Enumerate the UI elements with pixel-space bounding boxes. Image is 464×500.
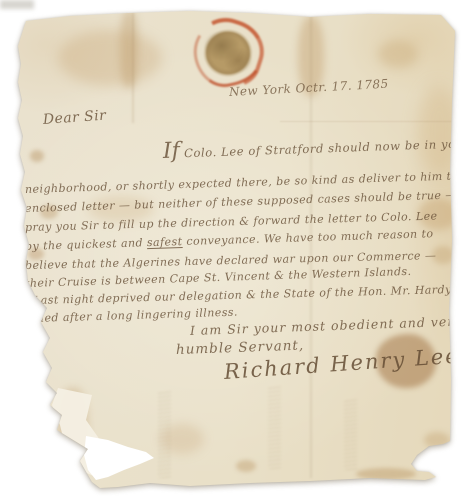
underlined-word: safest bbox=[147, 235, 183, 249]
stain-blob bbox=[378, 40, 418, 68]
stain-blob bbox=[418, 85, 460, 175]
letter-body-text: Colo. Lee of Stratford should now be in … bbox=[180, 136, 464, 160]
letter-body-text: conveyance. We have too much reason to bbox=[182, 227, 433, 248]
letter-body-line: If Colo. Lee of Stratford should now be … bbox=[163, 136, 464, 161]
wax-seal-remnant-icon bbox=[196, 22, 260, 84]
letter-paper: New York Octr. 17. 1785 Dear Sir If Colo… bbox=[0, 0, 464, 500]
stain-spot bbox=[30, 150, 44, 162]
paper-shadow-wrap: New York Octr. 17. 1785 Dear Sir If Colo… bbox=[0, 0, 464, 500]
letter-salutation: Dear Sir bbox=[42, 108, 106, 128]
opening-initial: If bbox=[162, 138, 180, 164]
stain-spot bbox=[236, 460, 256, 472]
stain-streak bbox=[356, 468, 416, 480]
ink-show-through bbox=[268, 385, 281, 469]
stain-blob bbox=[58, 30, 162, 86]
stain-streak bbox=[120, 10, 138, 88]
letter-photograph: New York Octr. 17. 1785 Dear Sir If Colo… bbox=[0, 0, 464, 500]
stain-blob bbox=[424, 432, 450, 448]
fold-crease bbox=[132, 13, 134, 123]
ink-show-through bbox=[344, 398, 357, 470]
ink-show-through bbox=[158, 390, 171, 478]
stain-blob bbox=[160, 424, 204, 454]
fold-crease bbox=[280, 121, 452, 122]
letter-body-text: by the quickest and bbox=[25, 236, 147, 253]
